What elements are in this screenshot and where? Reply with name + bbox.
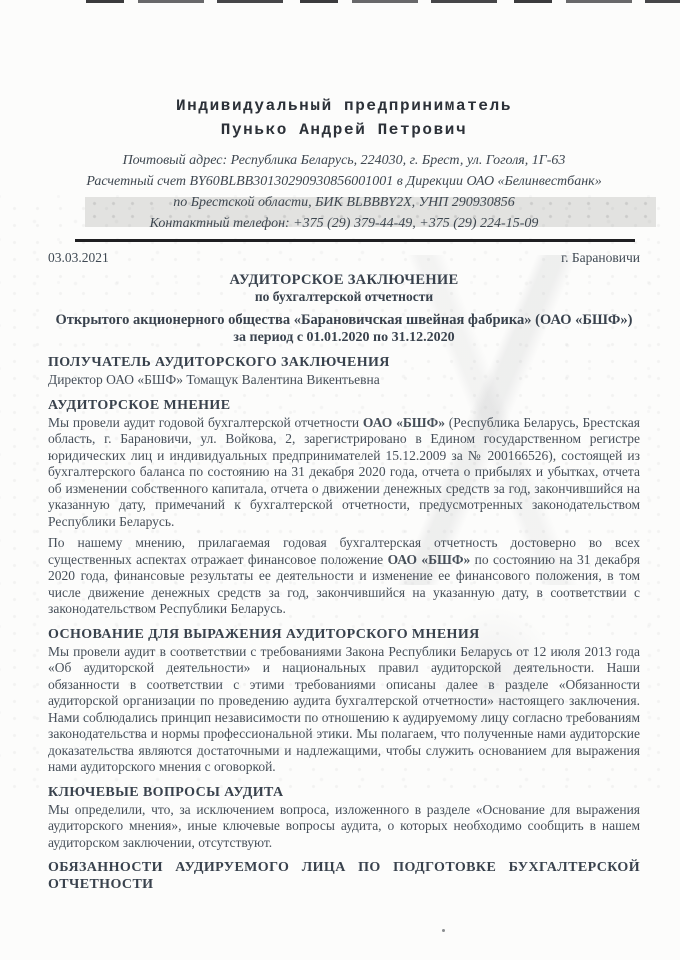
section-heading-opinion: АУДИТОРСКОЕ МНЕНИЕ [48, 397, 640, 414]
letterhead-bank-account: Расчетный счет BY60BLBB30130290930856001… [48, 171, 640, 192]
scan-artifact-top-edge [86, 0, 680, 3]
section-recipient: ПОЛУЧАТЕЛЬ АУДИТОРСКОГО ЗАКЛЮЧЕНИЯДирект… [48, 354, 640, 389]
section-heading-key-matters: КЛЮЧЕВЫЕ ВОПРОСЫ АУДИТА [48, 784, 640, 801]
document-meta-row: 03.03.2021 г. Барановичи [48, 249, 640, 267]
letterhead-phone: Контактный телефон: +375 (29) 379-44-49,… [48, 213, 640, 234]
paragraph: По нашему мнению, прилагаемая годовая бу… [48, 535, 640, 618]
document-subtitle: по бухгалтерской отчетности [48, 289, 640, 305]
section-responsibilities: ОБЯЗАННОСТИ АУДИРУЕМОГО ЛИЦА ПО ПОДГОТОВ… [48, 859, 640, 893]
document-period: за период с 01.01.2020 по 31.12.2020 [48, 329, 640, 346]
letterhead-entrepreneur-name: Пунько Андрей Петрович [48, 118, 640, 142]
letterhead-contacts: Почтовый адрес: Республика Беларусь, 224… [48, 150, 640, 234]
section-basis: ОСНОВАНИЕ ДЛЯ ВЫРАЖЕНИЯ АУДИТОРСКОГО МНЕ… [48, 626, 640, 776]
letterhead-postal-address: Почтовый адрес: Республика Беларусь, 224… [48, 150, 640, 171]
section-heading-recipient: ПОЛУЧАТЕЛЬ АУДИТОРСКОГО ЗАКЛЮЧЕНИЯ [48, 354, 640, 371]
paragraph: Директор ОАО «БШФ» Томащук Валентина Вик… [48, 372, 640, 389]
letterhead-entrepreneur-title: Индивидуальный предприниматель [48, 94, 640, 118]
section-opinion: АУДИТОРСКОЕ МНЕНИЕМы провели аудит годов… [48, 397, 640, 618]
letterhead-bank-details: по Брестской области, БИК BLBBBY2X, УНП … [48, 192, 640, 213]
document-page: Индивидуальный предприниматель Пунько Ан… [0, 0, 680, 960]
document-subject-company: Открытого акционерного общества «Баранов… [48, 312, 640, 329]
scan-artifact-dot [442, 929, 445, 932]
document-title: АУДИТОРСКОЕ ЗАКЛЮЧЕНИЕ [48, 272, 640, 289]
paragraph: Мы определили, что, за исключением вопро… [48, 802, 640, 852]
document-body: ПОЛУЧАТЕЛЬ АУДИТОРСКОГО ЗАКЛЮЧЕНИЯДирект… [48, 354, 640, 893]
paragraph: Мы провели аудит в соответствии с требов… [48, 644, 640, 776]
letterhead-divider-rule [75, 239, 635, 242]
paragraph: Мы провели аудит годовой бухгалтерской о… [48, 415, 640, 531]
document-date: 03.03.2021 [48, 249, 109, 267]
letterhead: Индивидуальный предприниматель Пунько Ан… [48, 0, 640, 234]
document-title-block: АУДИТОРСКОЕ ЗАКЛЮЧЕНИЕ по бухгалтерской … [48, 272, 640, 346]
section-key-matters: КЛЮЧЕВЫЕ ВОПРОСЫ АУДИТАМы определили, чт… [48, 784, 640, 852]
section-heading-responsibilities: ОБЯЗАННОСТИ АУДИРУЕМОГО ЛИЦА ПО ПОДГОТОВ… [48, 859, 640, 893]
document-city: г. Барановичи [561, 249, 640, 267]
section-heading-basis: ОСНОВАНИЕ ДЛЯ ВЫРАЖЕНИЯ АУДИТОРСКОГО МНЕ… [48, 626, 640, 643]
